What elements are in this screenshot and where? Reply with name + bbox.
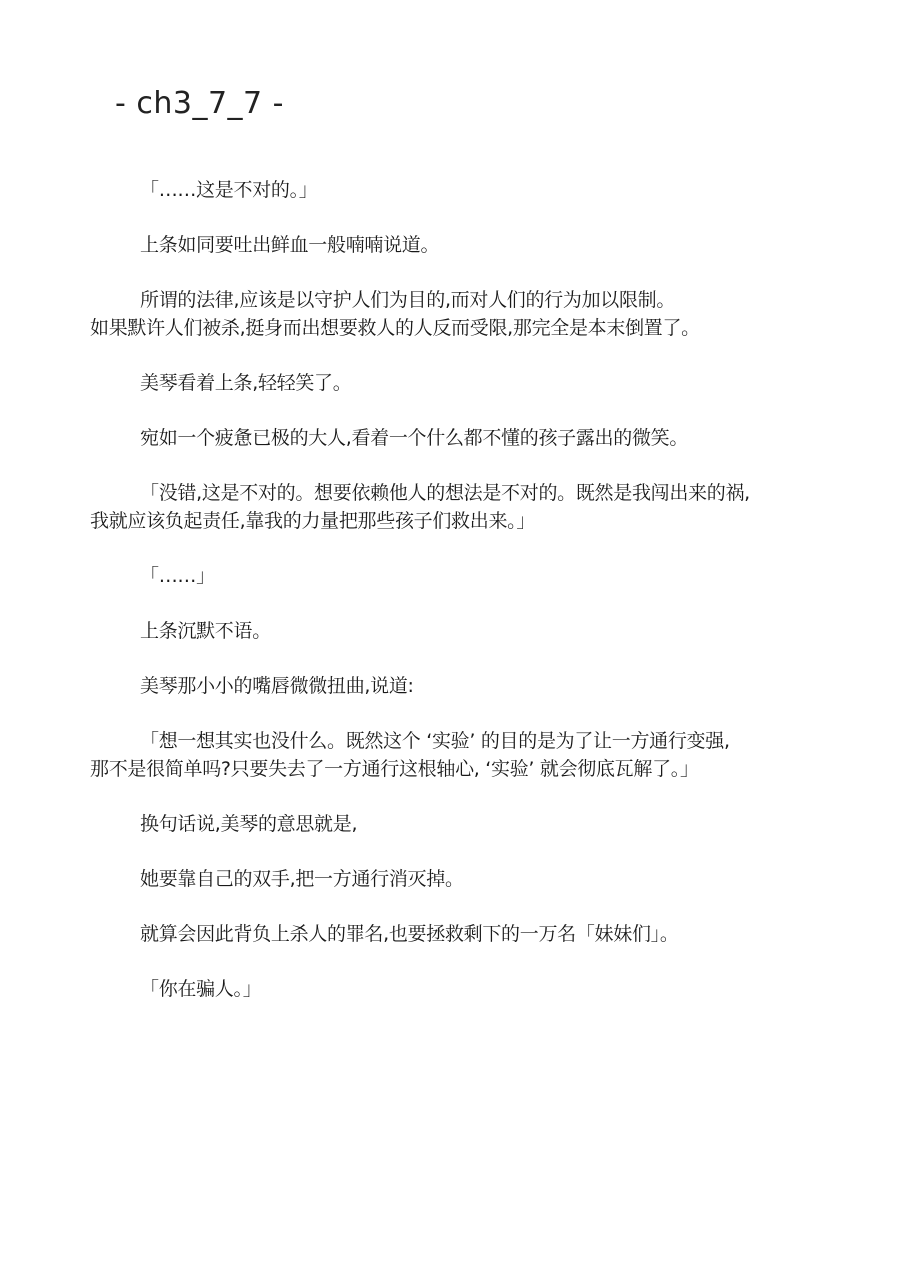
paragraph: 「……这是不对的。」 (115, 176, 815, 204)
paragraph-line: 我就应该负起责任,靠我的力量把那些孩子们救出来。」 (90, 507, 815, 535)
paragraph-line: 她要靠自己的双手,把一方通行消灭掉。 (115, 865, 815, 893)
chapter-body: 「……这是不对的。」 上条如同要吐出鲜血一般喃喃说道。 所谓的法律,应该是以守护… (115, 176, 815, 1030)
paragraph: 所谓的法律,应该是以守护人们为目的,而对人们的行为加以限制。 如果默许人们被杀,… (115, 286, 815, 342)
paragraph-line: 换句话说,美琴的意思就是, (115, 810, 815, 838)
paragraph-line: 美琴看着上条,轻轻笑了。 (115, 369, 815, 397)
paragraph: 就算会因此背负上杀人的罪名,也要拯救剩下的一万名「妹妹们」。 (115, 920, 815, 948)
paragraph-line: 「……」 (115, 562, 815, 590)
paragraph: 「……」 (115, 562, 815, 590)
paragraph-line: 就算会因此背负上杀人的罪名,也要拯救剩下的一万名「妹妹们」。 (115, 920, 815, 948)
paragraph-line: 「……这是不对的。」 (115, 176, 815, 204)
paragraph: 「没错,这是不对的。想要依赖他人的想法是不对的。既然是我闯出来的祸, 我就应该负… (115, 479, 815, 535)
paragraph-line: 如果默许人们被杀,挺身而出想要救人的人反而受限,那完全是本末倒置了。 (90, 314, 815, 342)
paragraph-line: 宛如一个疲惫已极的大人,看着一个什么都不懂的孩子露出的微笑。 (115, 424, 815, 452)
paragraph-line: 「你在骗人。」 (115, 975, 815, 1003)
paragraph-line: 所谓的法律,应该是以守护人们为目的,而对人们的行为加以限制。 (115, 286, 815, 314)
paragraph-line: 「想一想其实也没什么。既然这个 ‘实验’ 的目的是为了让一方通行变强, (115, 727, 815, 755)
paragraph: 美琴那小小的嘴唇微微扭曲,说道: (115, 672, 815, 700)
paragraph: 「想一想其实也没什么。既然这个 ‘实验’ 的目的是为了让一方通行变强, 那不是很… (115, 727, 815, 783)
paragraph: 上条如同要吐出鲜血一般喃喃说道。 (115, 231, 815, 259)
paragraph-line: 美琴那小小的嘴唇微微扭曲,说道: (115, 672, 815, 700)
paragraph-line: 那不是很简单吗?只要失去了一方通行这根轴心, ‘实验’ 就会彻底瓦解了。」 (90, 755, 815, 783)
paragraph-line: 上条如同要吐出鲜血一般喃喃说道。 (115, 231, 815, 259)
paragraph: 上条沉默不语。 (115, 617, 815, 645)
paragraph: 宛如一个疲惫已极的大人,看着一个什么都不懂的孩子露出的微笑。 (115, 424, 815, 452)
paragraph-line: 「没错,这是不对的。想要依赖他人的想法是不对的。既然是我闯出来的祸, (115, 479, 815, 507)
paragraph: 换句话说,美琴的意思就是, (115, 810, 815, 838)
paragraph-line: 上条沉默不语。 (115, 617, 815, 645)
paragraph: 她要靠自己的双手,把一方通行消灭掉。 (115, 865, 815, 893)
paragraph: 美琴看着上条,轻轻笑了。 (115, 369, 815, 397)
chapter-title: - ch3_7_7 - (115, 86, 284, 121)
paragraph: 「你在骗人。」 (115, 975, 815, 1003)
